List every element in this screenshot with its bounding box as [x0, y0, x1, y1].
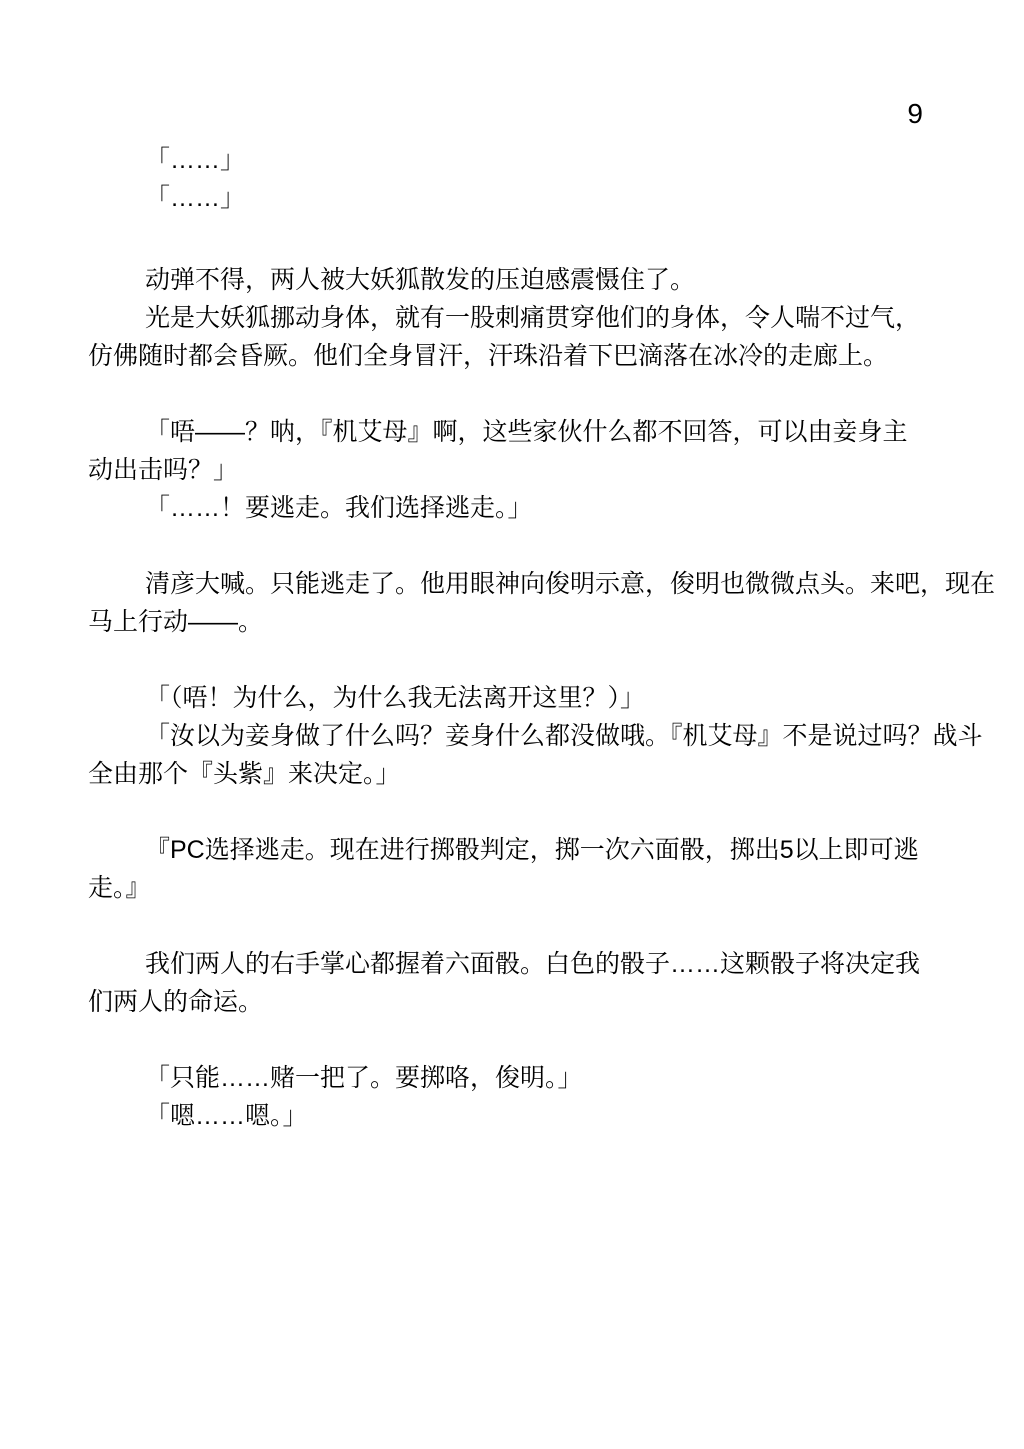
paragraph-block-system-announcement: 『PC选择逃走。现在进行掷骰判定，掷一次六面骰，掷出5以上即可逃 走。』	[88, 831, 936, 907]
document-page: 9 「……」 「……」 动弹不得，两人被大妖狐散发的压迫感震慑住了。 光是大妖狐…	[0, 0, 1024, 1449]
text-line: 「……」	[88, 179, 936, 217]
text-line: 走。』	[88, 869, 936, 907]
text-line: 「嗯……嗯。」	[88, 1097, 936, 1135]
page-number: 9	[88, 95, 936, 133]
text-line: 「只能……赌一把了。要掷咯，俊明。」	[88, 1059, 936, 1097]
text-line: 「……！要逃走。我们选择逃走。」	[88, 489, 936, 527]
paragraph-block-narration-escape: 清彦大喊。只能逃走了。他用眼神向俊明示意，俊明也微微点头。来吧，现在 马上行动—…	[88, 565, 936, 641]
text-line: 全由那个『头紫』来决定。」	[88, 755, 936, 793]
paragraph-block-narration-pressure: 动弹不得，两人被大妖狐散发的压迫感震慑住了。 光是大妖狐挪动身体，就有一股刺痛贯…	[88, 261, 936, 375]
text-line: 清彦大喊。只能逃走了。他用眼神向俊明示意，俊明也微微点头。来吧，现在	[88, 565, 936, 603]
text-line: 动出击吗？」	[88, 451, 936, 489]
text-line: 动弹不得，两人被大妖狐散发的压迫感震慑住了。	[88, 261, 936, 299]
text-line: 我们两人的右手掌心都握着六面骰。白色的骰子……这颗骰子将决定我	[88, 945, 936, 983]
paragraph-block-dialogue-silence: 「……」 「……」	[88, 141, 936, 217]
text-line: 「唔——？呐，『机艾母』啊，这些家伙什么都不回答，可以由妾身主	[88, 413, 936, 451]
text-line: 『PC选择逃走。现在进行掷骰判定，掷一次六面骰，掷出5以上即可逃	[88, 831, 936, 869]
text-line: 「汝以为妾身做了什么吗？妾身什么都没做哦。『机艾母』不是说过吗？战斗	[88, 717, 936, 755]
text-line: 「（唔！为什么，为什么我无法离开这里？）」	[88, 679, 936, 717]
paragraph-block-narration-dice: 我们两人的右手掌心都握着六面骰。白色的骰子……这颗骰子将决定我 们两人的命运。	[88, 945, 936, 1021]
text-line: 们两人的命运。	[88, 983, 936, 1021]
text-line: 光是大妖狐挪动身体，就有一股刺痛贯穿他们的身体，令人喘不过气，	[88, 299, 936, 337]
text-line: 「……」	[88, 141, 936, 179]
text-line: 马上行动——。	[88, 603, 936, 641]
paragraph-block-dialogue-fox: 「唔——？呐，『机艾母』啊，这些家伙什么都不回答，可以由妾身主 动出击吗？」 「…	[88, 413, 936, 527]
paragraph-block-dialogue-why: 「（唔！为什么，为什么我无法离开这里？）」 「汝以为妾身做了什么吗？妾身什么都没…	[88, 679, 936, 793]
paragraph-block-dialogue-gamble: 「只能……赌一把了。要掷咯，俊明。」 「嗯……嗯。」	[88, 1059, 936, 1135]
text-line: 仿佛随时都会昏厥。他们全身冒汗，汗珠沿着下巴滴落在冰冷的走廊上。	[88, 337, 936, 375]
